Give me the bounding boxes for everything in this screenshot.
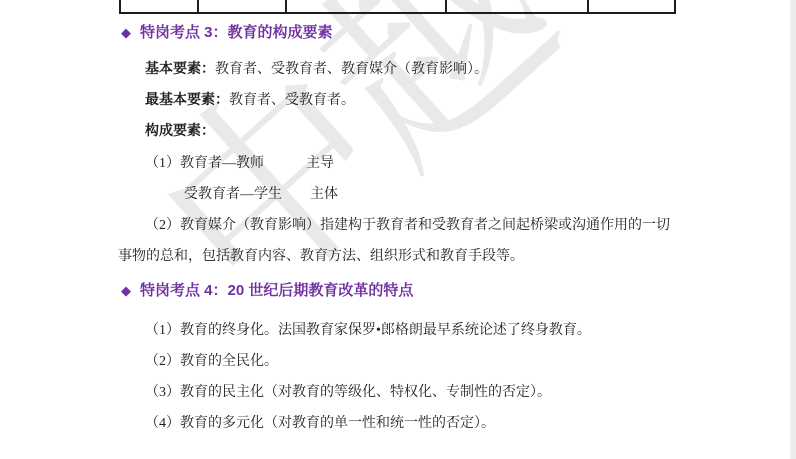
basic-elements-label: 基本要素： [145, 62, 215, 77]
section-heading-3: ◆特岗考点 3：教育的构成要素 [121, 23, 333, 43]
table-column-border [285, 0, 287, 12]
basic-elements-line: 基本要素：教育者、受教育者、教育媒介（教育影响）。 [145, 60, 488, 80]
composition-elements-label: 构成要素： [145, 124, 215, 139]
table-fragment [119, 0, 676, 14]
most-basic-elements-text: 教育者、受教育者。 [229, 93, 355, 108]
reform-item-lifelong: （1）教育的终身化。法国教育家保罗•郎格朗最早系统论述了终身教育。 [145, 321, 591, 341]
table-column-border [587, 0, 589, 12]
diamond-bullet-icon: ◆ [121, 25, 131, 40]
section-3-title: 特岗考点 3：教育的构成要素 [140, 24, 333, 41]
table-column-border [674, 0, 676, 12]
education-media-line-1: （2）教育媒介（教育影响）指建构于教育者和受教育者之间起桥梁或沟通作用的一切 [145, 216, 670, 236]
learner-student-line: 受教育者—学生 主体 [184, 185, 338, 205]
composition-elements-line: 构成要素： [145, 122, 215, 142]
document-page: 中越 ◆特岗考点 3：教育的构成要素 基本要素：教育者、受教育者、教育媒介（教育… [0, 0, 796, 459]
educator-teacher-line: （1）教育者—教师 主导 [145, 154, 334, 174]
most-basic-elements-label: 最基本要素： [145, 93, 229, 108]
reform-item-diverse: （4）教育的多元化（对教育的单一性和统一性的否定）。 [145, 414, 495, 434]
most-basic-elements-line: 最基本要素：教育者、受教育者。 [145, 91, 355, 111]
basic-elements-text: 教育者、受教育者、教育媒介（教育影响）。 [215, 62, 488, 77]
section-4-title: 特岗考点 4：20 世纪后期教育改革的特点 [140, 282, 413, 299]
section-heading-4: ◆特岗考点 4：20 世纪后期教育改革的特点 [121, 281, 413, 301]
reform-item-democratic: （3）教育的民主化（对教育的等级化、特权化、专制性的否定）。 [145, 383, 551, 403]
table-column-border [197, 0, 199, 12]
viewer-edge-strip [790, 0, 796, 459]
diamond-bullet-icon: ◆ [121, 283, 131, 298]
reform-item-universal: （2）教育的全民化。 [145, 352, 278, 372]
table-column-border [445, 0, 447, 12]
education-media-line-2: 事物的总和，包括教育内容、教育方法、组织形式和教育手段等。 [118, 247, 524, 267]
table-column-border [119, 0, 121, 12]
